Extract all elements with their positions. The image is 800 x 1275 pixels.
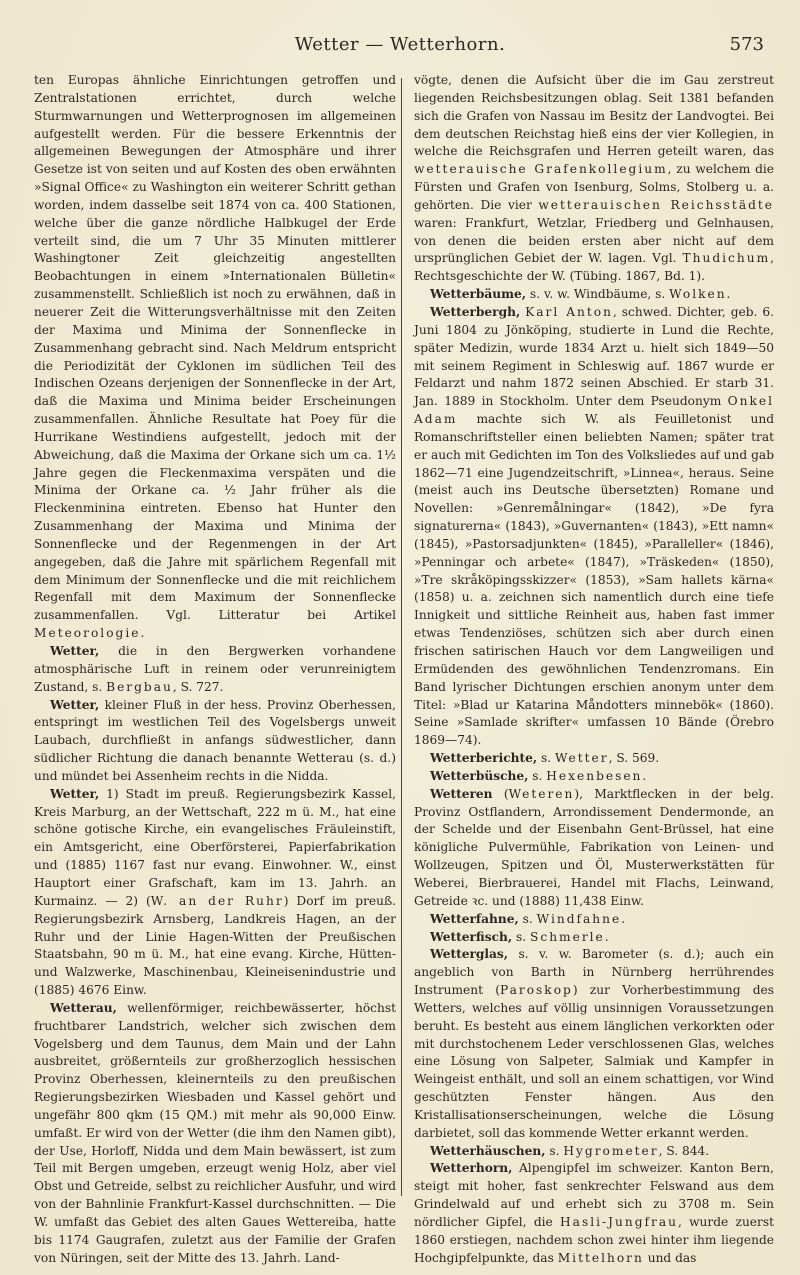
entry-wetterberichte: Wetterberichte, s. Wetter, S. 569. — [414, 750, 774, 768]
body-text: und das — [644, 1251, 697, 1265]
body-text: ) zur Vorherbestimmung des Wetters, welc… — [414, 983, 774, 1140]
entry-wetterfahne: Wetterfahne, s. Windfahne. — [414, 911, 774, 929]
entry-wetterfisch: Wetterfisch, s. Schmerle. — [414, 929, 774, 947]
entry-lemma: Wetterhäuschen, — [430, 1144, 546, 1158]
body-text: ), Marktflecken in der belg. Provinz Ost… — [414, 787, 774, 908]
body-text: , schwed. Dichter, geb. 6. Juni 1804 zu … — [414, 305, 774, 408]
entry-lemma: Wetterhorn, — [430, 1161, 512, 1175]
body-text: , S. 844. — [659, 1144, 710, 1158]
entry-lemma: Wetteren — [430, 787, 493, 801]
entry-lemma: Wetter, — [50, 644, 99, 658]
entry-wetterhorn: Wetterhorn, Alpengipfel im schweizer. Ka… — [414, 1160, 774, 1267]
entry-wetterhaeuschen: Wetterhäuschen, s. Hygrometer, S. 844. — [414, 1143, 774, 1161]
cross-reference: Hygrometer — [563, 1144, 658, 1158]
entry-wetterbuesche: Wetterbüsche, s. Hexenbesen. — [414, 768, 774, 786]
entry-lemma: Wetterbäume, — [430, 287, 526, 301]
entry-lemma: Wetter, — [50, 698, 99, 712]
entry-lemma: Wetter, — [50, 787, 99, 801]
body-text: vögte, denen die Aufsicht über die im Ga… — [414, 73, 774, 158]
body-text: . — [727, 287, 731, 301]
cross-reference: Meteorologie — [34, 626, 140, 640]
peak-name: Hasli-Jungfrau — [560, 1215, 678, 1229]
cross-reference: Wetter — [555, 751, 609, 765]
entry-lemma: Wetterberichte, — [430, 751, 537, 765]
entry-wetter-mining: Wetter, die in den Bergwerken vorhandene… — [34, 643, 396, 697]
running-head: Wetter — Wetterhorn. — [0, 34, 800, 55]
body-text: machte sich W. als Feuilletonist und Rom… — [414, 412, 774, 747]
peak-name: Mittelhorn — [558, 1251, 644, 1265]
body-text: s. — [528, 769, 546, 783]
entry-lemma: Wetterbergh, — [430, 305, 520, 319]
cross-reference: Hexenbesen — [546, 769, 642, 783]
body-text: ten Europas ähnliche Einrichtungen getro… — [34, 73, 396, 622]
entry-wetterglas: Wetterglas, s. v. w. Barometer (s. d.); … — [414, 946, 774, 1142]
alt-name: Paroskop — [500, 983, 573, 997]
cross-reference: Schmerle — [530, 930, 605, 944]
entry-wetterau: Wetterau, wellenförmiger, reichbewässert… — [34, 1000, 396, 1268]
body-text: , S. 727. — [173, 680, 224, 694]
body-text: . — [621, 912, 625, 926]
entry-wetter-town: Wetter, 1) Stadt im preuß. Regierungsbez… — [34, 786, 396, 1000]
body-text: . — [140, 626, 144, 640]
cross-reference: Windfahne — [537, 912, 622, 926]
cross-reference: wetterauische Grafenkollegium — [414, 162, 668, 176]
right-column: vögte, denen die Aufsicht über die im Ga… — [414, 72, 774, 1268]
body-text: 1) Stadt im preuß. Regierungsbezirk Kass… — [34, 787, 396, 908]
alt-name: Weteren — [509, 787, 575, 801]
page-header: Wetter — Wetterhorn. 573 — [0, 30, 800, 60]
body-text: , S. 569. — [609, 751, 660, 765]
entry-wetter-river: Wetter, kleiner Fluß in der hess. Provin… — [34, 697, 396, 786]
body-text: ( — [493, 787, 509, 801]
cross-reference: Wolken — [669, 287, 726, 301]
cross-reference: W. an der Ruhr — [151, 894, 284, 908]
entry-lemma: Wetterfisch, — [430, 930, 512, 944]
continuation-paragraph: vögte, denen die Aufsicht über die im Ga… — [414, 72, 774, 286]
entry-wetterbergh: Wetterbergh, Karl Anton, schwed. Dichter… — [414, 304, 774, 750]
entry-lemma: Wetterbüsche, — [430, 769, 528, 783]
cross-reference: Bergbau — [106, 680, 173, 694]
body-text: wellenförmiger, reichbewässerter, höchst… — [34, 1001, 396, 1265]
body-text: s. — [546, 1144, 564, 1158]
body-text: . — [642, 769, 646, 783]
person-name: Karl Anton — [525, 305, 613, 319]
body-text: s. — [537, 751, 555, 765]
body-text: s. v. w. Windbäume, s. — [526, 287, 669, 301]
cross-reference: Thudichum — [683, 251, 771, 265]
left-column: ten Europas ähnliche Einrichtungen getro… — [34, 72, 396, 1268]
entry-wetteren: Wetteren (Weteren), Marktflecken in der … — [414, 786, 774, 911]
continuation-paragraph: ten Europas ähnliche Einrichtungen getro… — [34, 72, 396, 643]
column-divider — [401, 78, 402, 1196]
body-text: s. — [512, 930, 530, 944]
cross-reference: wetterauischen Reichsstädte — [538, 198, 774, 212]
entry-wetterbaeume: Wetterbäume, s. v. w. Windbäume, s. Wolk… — [414, 286, 774, 304]
entry-lemma: Wetterfahne, — [430, 912, 519, 926]
dictionary-page: Wetter — Wetterhorn. 573 ten Europas ähn… — [0, 0, 800, 1275]
body-text: s. — [519, 912, 537, 926]
entry-lemma: Wetterau, — [50, 1001, 117, 1015]
entry-lemma: Wetterglas, — [430, 947, 508, 961]
body-text: . — [605, 930, 609, 944]
page-number: 573 — [730, 34, 764, 55]
body-text: ) Dorf im preuß. Regierungsbezirk Arnsbe… — [34, 894, 396, 997]
